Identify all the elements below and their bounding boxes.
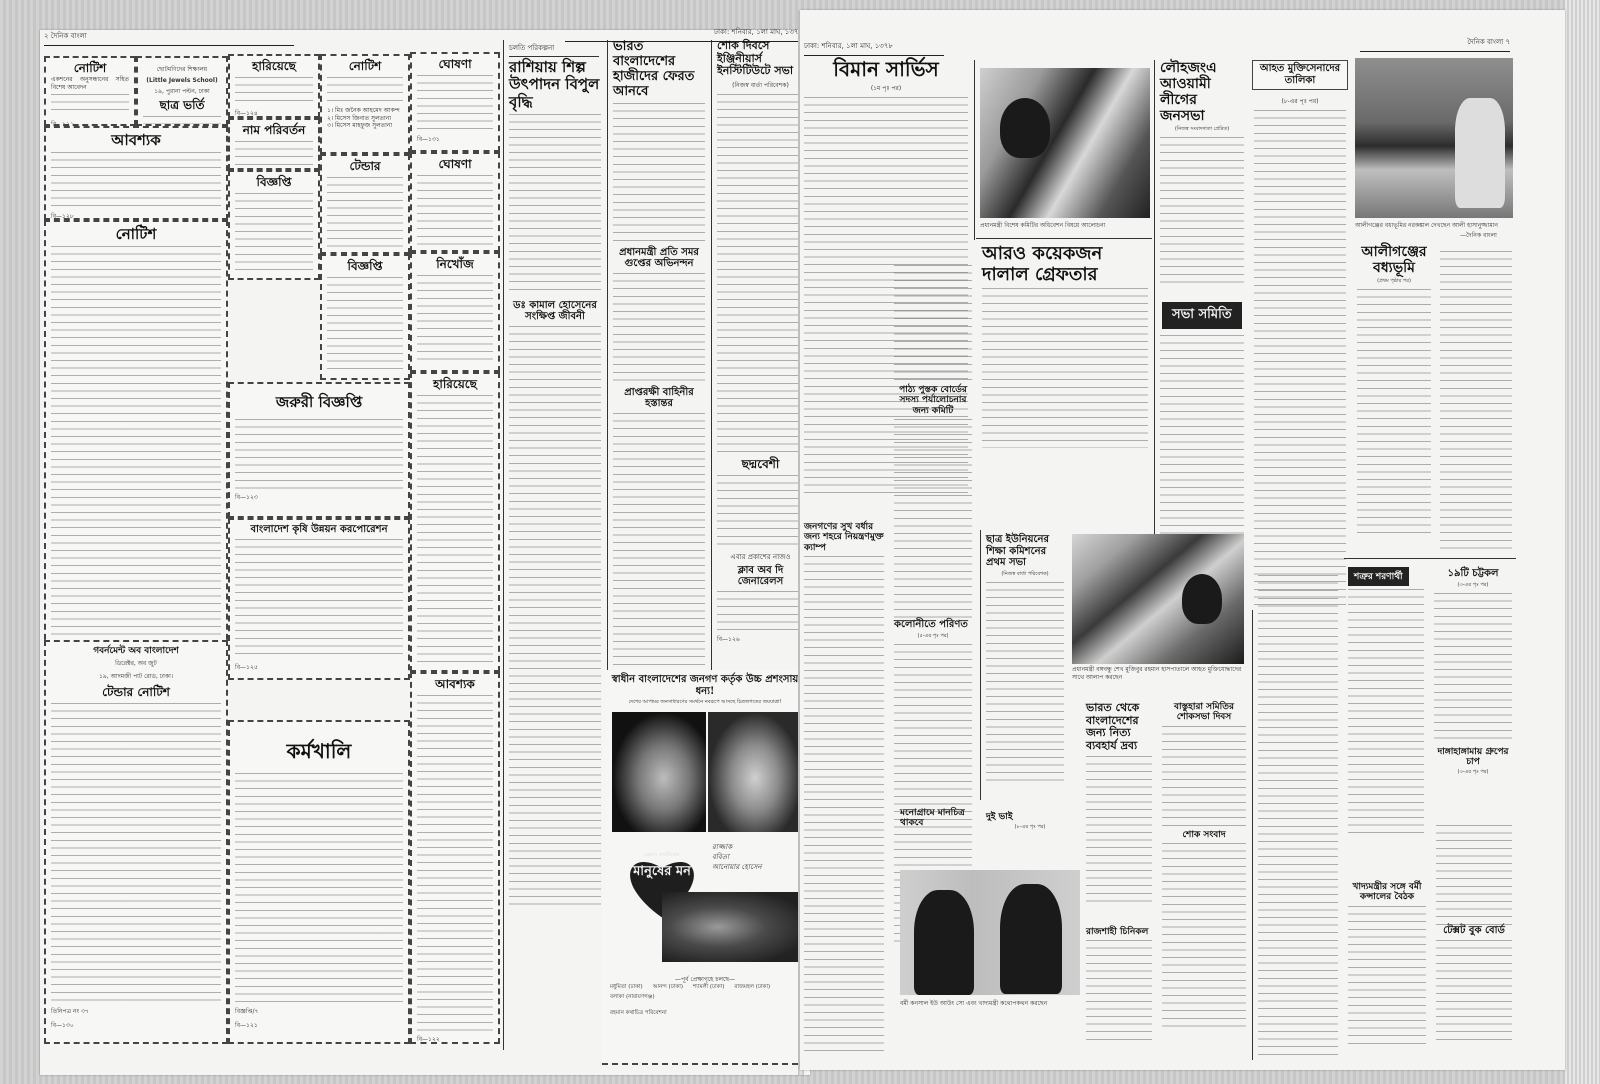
body-text-lines <box>804 556 884 1056</box>
agri-corp-headline: বাংলাদেশ কৃষি উন্নয়ন করপোরেশন <box>235 524 403 536</box>
body-text-lines <box>717 591 804 631</box>
list-item: ১। মিঃ জনৈক আহমেদ আকন্দ <box>327 107 403 115</box>
govt-headline: গবর্নমেন্ট অব বাংলাদেশ <box>51 646 221 656</box>
notice-box-2: নোটিশ ১। মিঃ জনৈক আহমেদ আকন্দ ২। মিসেস জ… <box>320 54 410 154</box>
admission-headline: ছাত্র ভর্তি <box>143 99 221 113</box>
photo-caption: বর্মী কনসাল ইউ আউং সো এবং খাদ্যমন্ত্রী ক… <box>900 1000 1080 1008</box>
list-item: ৩। মিসেস মাহফুজ সুলতানা <box>327 122 403 130</box>
school-address: ১৯, পুরানা পল্টন, ঢাকা <box>143 86 221 97</box>
ad-code: বি—১৩১ <box>417 134 493 145</box>
story-headline: প্রাপ্তরক্ষী বাহিনীর হস্তান্তর <box>613 387 705 410</box>
announcement-headline: ঘোষণা <box>417 158 493 172</box>
body-text-lines <box>417 75 493 131</box>
story-headline: ভারত বাংলাদেশের হাজীদের ফেরত আনবে <box>613 40 705 100</box>
story-headline: ছদ্মবেশী <box>717 458 804 472</box>
ad-code: বি—১২৮ <box>51 211 221 220</box>
lost-box-2: হারিয়েছে বি—১২৬ <box>410 372 500 672</box>
story-kicker: (নিজস্ব বার্তা পরিবেশক) <box>986 571 1064 579</box>
cast-member: ববিতা <box>712 852 802 862</box>
body-text-lines <box>717 94 804 454</box>
story-headline: ডঃ কামাল হোসেনের সংক্ষিপ্ত জীবনী <box>509 300 601 323</box>
body-text-lines <box>417 175 493 251</box>
story-headline: ছাত্র ইউনিয়নের শিক্ষা কমিশনের প্রথম সভা <box>986 534 1064 569</box>
alliganj-continuation <box>1436 246 1516 556</box>
story-headline: আলীগঞ্জের বধ্যভূমি <box>1357 244 1431 276</box>
tender-headline: টেন্ডার <box>327 160 403 174</box>
ad-code: বি—১২৩ <box>235 492 403 503</box>
body-text-lines <box>51 152 221 208</box>
lost-box: হারিয়েছে বি—১২৪ <box>228 54 320 118</box>
body-text-lines <box>327 77 403 107</box>
brothers-story: দুই ভাই (৮-এর পৃঃ পর) <box>982 810 1078 870</box>
wanted-box: আবশ্যক বি—১২৮ <box>44 126 228 220</box>
body-text-lines <box>613 103 705 243</box>
story-headline: দুই ভাই <box>986 812 1074 822</box>
story-headline: খাদ্যমন্ত্রীর সঙ্গে বর্মী কন্সালের বৈঠক <box>1348 882 1426 903</box>
ad-code: বি—১৩০ <box>51 1020 221 1031</box>
ad-code: বি—১২৬ <box>327 376 403 380</box>
missing-box: নিখোঁজ বি—১১১ <box>410 252 500 372</box>
reference-number: তিনিপত্র নং ৩৭ <box>51 1006 221 1017</box>
section-label: শত্রুর শরণার্থী <box>1348 567 1409 586</box>
announcement-box: ঘোষণা বি—১৩১ <box>410 52 500 152</box>
tender-box: টেন্ডার <box>320 154 410 254</box>
body-text-lines <box>1348 906 1426 1046</box>
story-kicker: এবার প্রকাশের নাজও <box>717 551 804 563</box>
body-text-lines <box>1162 726 1246 826</box>
ad-code: বি—১২২ <box>417 1034 493 1044</box>
ad-code: বি—১২৫ <box>235 662 403 673</box>
body-text-lines <box>51 246 221 636</box>
cinema-item: মধুমিতা (ঢাকা) <box>610 984 643 992</box>
story-headline: টেক্সট বুক বোর্ড <box>1436 925 1512 937</box>
body-text-lines <box>235 539 403 659</box>
story-headline: প্রধানমন্ত্রী প্রতি সমর গুপ্তের অভিনন্দন <box>613 247 705 270</box>
newspaper-page-left: ২ দৈনিক বাংলা ঢাকা: শনিবার, ১লা মাঘ, ১৩৭… <box>40 30 810 1075</box>
section-label: সভা সমিতি <box>1162 302 1242 329</box>
govt-department: ডিরেক্টর, অব জুট <box>51 658 221 669</box>
story-headline: বাস্তুহারা সমিতির শোকসভা দিবস <box>1162 702 1246 723</box>
govt-tender-box: গবর্নমেন্ট অব বাংলাদেশ ডিরেক্টর, অব জুট … <box>44 640 228 1044</box>
column-rule <box>503 40 504 1050</box>
school-name-english: (Little Jewels School) <box>143 77 221 84</box>
two-men-photo <box>900 870 1080 995</box>
school-admission-box: ছোটমণিদের শিক্ষালয় (Little Jewels Schoo… <box>136 56 228 126</box>
alliganj-story: আলীগঞ্জের বধ্যভূমি (প্রথম পৃষ্ঠার পর) <box>1353 242 1435 542</box>
body-text-lines <box>417 695 493 1031</box>
photo-caption: প্রধানমন্ত্রী বিশেষ কমিটির অধিবেশন বিষয়… <box>980 222 1152 230</box>
film-tagline: স্বাধীন বাংলাদেশের জনগণ কর্তৃক উচ্চ প্রশ… <box>602 674 808 697</box>
refugee-committee-story: বাস্তুহারা সমিতির শোকসভা দিবস শোক সংবাদ <box>1158 700 1250 1040</box>
cinema-list: মধুমিতা (ঢাকা) আনন্দ (ঢাকা) শ্যামলী (ঢাক… <box>610 984 800 1002</box>
kicker-rule <box>509 56 599 57</box>
notice-headline: নোটিশ <box>327 60 403 74</box>
lost-headline: হারিয়েছে <box>417 378 493 392</box>
film-title: মানুষের মন <box>622 865 702 879</box>
body-text-lines <box>1357 289 1431 539</box>
story-headline: রাশিয়ায় শিল্প উৎপাদন বিপুল বৃদ্ধি <box>509 59 601 111</box>
newspaper-page-right: ঢাকা: শনিবার, ১লা মাঘ, ১৩৭৮ দৈনিক বাংলা … <box>800 10 1565 1070</box>
body-text-lines <box>1254 110 1346 610</box>
story-kicker: (নিজস্ব সংবাদদাতা প্রেরিত) <box>1160 126 1244 134</box>
engineers-story: শোক দিবসে ইঞ্জিনীয়ার্স ইনস্টিটিউটে সভা … <box>713 38 808 698</box>
food-minister-story: খাদ্যমন্ত্রীর সঙ্গে বর্মী কন্সালের বৈঠক <box>1344 880 1430 1060</box>
ad-code: বি—১২১ <box>235 1020 403 1031</box>
agri-corp-box: বাংলাদেশ কৃষি উন্নয়ন করপোরেশন বি—১২৫ <box>228 518 410 680</box>
page-edge <box>1565 0 1600 1084</box>
photo-caption: আলীগঞ্জের বধ্যভূমির নরকঙ্কাল দেখছেন আলী … <box>1355 222 1515 230</box>
body-text-lines <box>235 193 313 273</box>
story-headline: জনগণের সুখ বর্ধার জন্য শহরে নিয়ন্ত্রণমু… <box>804 522 884 553</box>
column-rule <box>711 40 712 690</box>
photo-caption: প্রধানমন্ত্রী বঙ্গবন্ধু শেখ মুজিবুর রহমা… <box>1072 666 1244 681</box>
govt-address: ১৯, আদমজী পাট রোড, ঢাকা। <box>51 671 221 682</box>
story-kicker: চলতি পরিকল্পনা <box>509 42 601 54</box>
cast-member: আনোয়ার হোসেন <box>712 862 802 872</box>
cinema-item: বলাকা (নারায়ণগঞ্জ) <box>610 994 655 1002</box>
body-text-lines <box>51 703 221 1003</box>
cinema-item: আনন্দ (ঢাকা) <box>653 984 683 992</box>
vacancy-headline: কর্মখালি <box>235 740 403 763</box>
page-folio: দৈনিক বাংলা ৭ <box>1360 36 1510 52</box>
body-text-lines <box>509 114 601 294</box>
hospital-visit-photo <box>1072 534 1244 664</box>
student-union-story: ছাত্র ইউনিয়নের শিক্ষা কমিশনের প্রথম সভা… <box>982 532 1068 792</box>
notice-box-4: বিজ্ঞপ্তি বি—১২৬ <box>320 254 410 380</box>
announcement-headline: ঘোষণা <box>417 58 493 72</box>
notice-headline: নোটিশ <box>51 226 221 243</box>
story-headline: মনোগ্রামে মানচিত্র থাকবে <box>900 808 988 829</box>
body-text-lines <box>986 582 1064 782</box>
story-headline: রাজশাহী চিনিকল <box>1086 927 1152 937</box>
textbook-board-story: টেক্সট বুক বোর্ড <box>1432 820 1516 1060</box>
story-kicker: (নিজস্ব বার্তা পরিবেশক) <box>717 80 804 91</box>
name-change-box: নাম পরিবর্তন <box>228 118 320 170</box>
story-kicker: (৩-এর পৃঃ পর) <box>1434 769 1512 777</box>
enemy-story: শত্রুর শরণার্থী <box>1344 562 1428 862</box>
ad-code: বি—১২২ <box>51 119 129 126</box>
wanted-box-2: আবশ্যক বি—১২২ <box>410 672 500 1044</box>
story-headline: লৌহজংএ আওয়ামী লীগের জনসভা <box>1160 60 1244 124</box>
story-headline: বিমান সার্ভিস <box>804 58 968 81</box>
distributor-label: রহমান কথাচিত্র পরিবেশনা <box>610 1010 667 1018</box>
story-kicker: (৮-এর পৃঃ পর) <box>986 824 1074 832</box>
section-rule <box>976 238 1152 239</box>
body-text-lines <box>1440 251 1512 551</box>
russia-story: চলতি পরিকল্পনা রাশিয়ায় শিল্প উৎপাদন বি… <box>505 38 605 1048</box>
lost-headline: হারিয়েছে <box>235 60 313 74</box>
film-advertisement: স্বাধীন বাংলাদেশের জনগণ কর্তৃক উচ্চ প্রশ… <box>602 670 808 1065</box>
body-text-lines <box>1436 825 1512 925</box>
story-headline: দাঙ্গাহাঙ্গামায় গ্রুপের চাপ <box>1434 747 1512 768</box>
body-text-lines <box>235 773 403 1003</box>
date-line: ঢাকা: শনিবার, ১লা মাঘ, ১৩৭৮ <box>804 40 944 56</box>
body-text-lines <box>327 277 403 373</box>
body-text-lines <box>235 419 403 489</box>
page-folio: ২ দৈনিক বাংলা <box>44 30 294 46</box>
story-headline: শোক দিবসে ইঞ্জিনীয়ার্স ইনস্টিটিউটে সভা <box>717 40 804 78</box>
story-kicker: (৩-এর পৃঃ পর) <box>1434 582 1512 590</box>
notice-box-large: নোটিশ বি—১২০ <box>44 220 228 660</box>
announcement-box-2: ঘোষণা <box>410 152 500 252</box>
cabinet-meeting-photo <box>980 68 1150 218</box>
notice-headline: বিজ্ঞপ্তি <box>327 260 403 274</box>
awami-rally-story: লৌহজংএ আওয়ামী লীগের জনসভা (নিজস্ব সংবাদ… <box>1156 58 1248 288</box>
name-change-headline: নাম পরিবর্তন <box>235 124 313 138</box>
list-item: ২। মিসেস জিনাত সুলতানা <box>327 115 403 123</box>
story-kicker: (৮-এর পৃঃ পর) <box>1254 96 1346 107</box>
person-silhouette <box>1000 98 1050 158</box>
body-text-lines <box>613 273 705 383</box>
person-silhouette <box>914 890 974 995</box>
photo-credit: —দৈনিক বাংলা <box>1460 232 1497 240</box>
person-silhouette <box>1000 884 1062 994</box>
killing-field-photo <box>1355 58 1513 218</box>
ad-code: বি—১২০ <box>235 276 313 280</box>
film-still-photo <box>662 892 802 962</box>
story-headline: ক্লাব অব দি জেনারেলস <box>717 565 804 588</box>
freedom-fighters-headline-box: আহত মুক্তিসেনাদের তালিকা <box>1252 60 1348 90</box>
story-headline: ১৯টি চট্টকল <box>1434 568 1512 580</box>
wanted-headline: আবশ্যক <box>417 678 493 692</box>
tender-notice-headline: টেন্ডার নোটিশ <box>51 686 221 700</box>
reference-number: বিজ্ঞপ্তি/৭ <box>235 1006 403 1017</box>
film-producer: রহমান কথাচিত্রের <box>626 852 698 860</box>
ad-code: বি—১২৬ <box>717 634 804 645</box>
school-name: ছোটমণিদের শিক্ষালয় <box>143 64 221 75</box>
person-silhouette <box>1182 574 1222 624</box>
story-headline: কলোনীতে পরিণত <box>894 619 972 631</box>
story-headline: ভারত থেকে বাংলাদেশের জন্য নিত্য ব্যবহার্… <box>1086 702 1152 753</box>
notice-body: একশনের অনুসন্ধানের সহিত বিশেষ আবেদন <box>51 76 129 92</box>
column-rule <box>974 60 975 240</box>
column-rule <box>607 40 608 690</box>
body-text-lines <box>51 94 129 116</box>
notice-box: নোটিশ একশনের অনুসন্ধানের সহিত বিশেষ আবেদ… <box>44 56 136 126</box>
body-text-lines <box>1348 589 1424 839</box>
body-text-lines <box>982 288 1148 448</box>
body-text-lines <box>417 395 493 665</box>
cinema-item: শ্যামলী (ঢাকা) <box>693 984 724 992</box>
body-text-lines <box>235 141 313 167</box>
body-text-lines <box>417 275 493 365</box>
urgent-headline: জরুরী বিজ্ঞপ্তি <box>235 394 403 411</box>
collaborators-story: আরও কয়েকজন দালাল গ্রেফতার <box>978 242 1152 462</box>
body-text-lines <box>1160 137 1244 288</box>
wanted-headline: আবশ্যক <box>51 132 221 149</box>
cinema-item: রাজমহল (ঢাকা) <box>734 984 770 992</box>
india-goods-story: ভারত থেকে বাংলাদেশের জন্য নিত্য ব্যবহার্… <box>1082 700 1156 920</box>
list-continuation <box>1254 570 1342 1060</box>
story-headline: আরও কয়েকজন দালাল গ্রেফতার <box>982 244 1148 285</box>
grameen-story: জনগণের সুখ বর্ধার জন্য শহরে নিয়ন্ত্রণমু… <box>800 520 888 1060</box>
column-rule <box>1252 610 1253 1060</box>
body-text-lines <box>613 413 705 698</box>
story-headline: শোক সংবাদ <box>1162 830 1246 840</box>
notice-headline: বিজ্ঞপ্তি <box>235 176 313 190</box>
column-rule <box>1154 60 1155 590</box>
body-text-lines <box>894 265 972 385</box>
film-subtagline: দেশের আপামর জনসাধারণের সমর্থনে নবরূপে আস… <box>602 699 808 707</box>
story-headline: পাঠ্য পুস্তক বোর্ডের সদস্য পর্যালোচনার জ… <box>894 385 972 416</box>
village-story: মনোগ্রামে মানচিত্র থাকবে <box>896 806 992 866</box>
body-text-lines <box>1086 940 1152 1040</box>
story-kicker: (প্রথম পৃষ্ঠার পর) <box>1357 278 1431 286</box>
body-text-lines <box>1436 940 1512 1040</box>
missing-headline: নিখোঁজ <box>417 258 493 272</box>
body-text-lines <box>327 177 403 253</box>
cast-member: রাজ্জাক <box>712 842 802 852</box>
19-events-story: ১৯টি চট্টকল (৩-এর পৃঃ পর) দাঙ্গাহাঙ্গামা… <box>1430 566 1516 816</box>
body-text-lines <box>1162 843 1246 1033</box>
body-text-lines <box>1086 756 1152 906</box>
actor-photo <box>708 712 802 832</box>
notice-box-3: বিজ্ঞপ্তি বি—১২০ <box>228 170 320 280</box>
notice-headline: নোটিশ <box>51 62 129 76</box>
body-text-lines <box>717 475 804 545</box>
film-cast: রাজ্জাক ববিতা আনোয়ার হোসেন <box>712 842 802 872</box>
story-kicker: (৫-এর পৃঃ পর) <box>894 633 972 641</box>
actress-photo <box>612 712 706 832</box>
body-text-lines <box>894 419 972 619</box>
pilgrims-story: ভারত বাংলাদেশের হাজীদের ফেরত আনবে প্রধান… <box>609 38 709 698</box>
body-text-lines <box>235 77 313 105</box>
meetings-section-label: সভা সমিতি <box>1162 302 1242 329</box>
ad-code: বি—১২৪ <box>235 108 313 118</box>
section-rule <box>1344 558 1516 559</box>
body-text-lines <box>143 116 221 126</box>
person-silhouette <box>1455 98 1505 208</box>
story-kicker: (১ম পৃঃ পর) <box>804 83 968 94</box>
body-text-lines <box>1434 593 1512 743</box>
story-headline: আহত মুক্তিসেনাদের তালিকা <box>1255 63 1345 86</box>
body-text-lines <box>509 326 601 906</box>
vacancy-box: কর্মখালি বিজ্ঞপ্তি/৭ বি—১২১ <box>228 720 410 1044</box>
urgent-notice-box: জরুরী বিজ্ঞপ্তি বি—১২৩ <box>228 382 410 518</box>
body-text-lines <box>1258 575 1338 1055</box>
freedom-fighters-list: (৮-এর পৃঃ পর) <box>1250 92 1350 612</box>
column-rule <box>980 530 981 800</box>
rajshahi-story: রাজশাহী চিনিকল <box>1082 925 1156 1055</box>
